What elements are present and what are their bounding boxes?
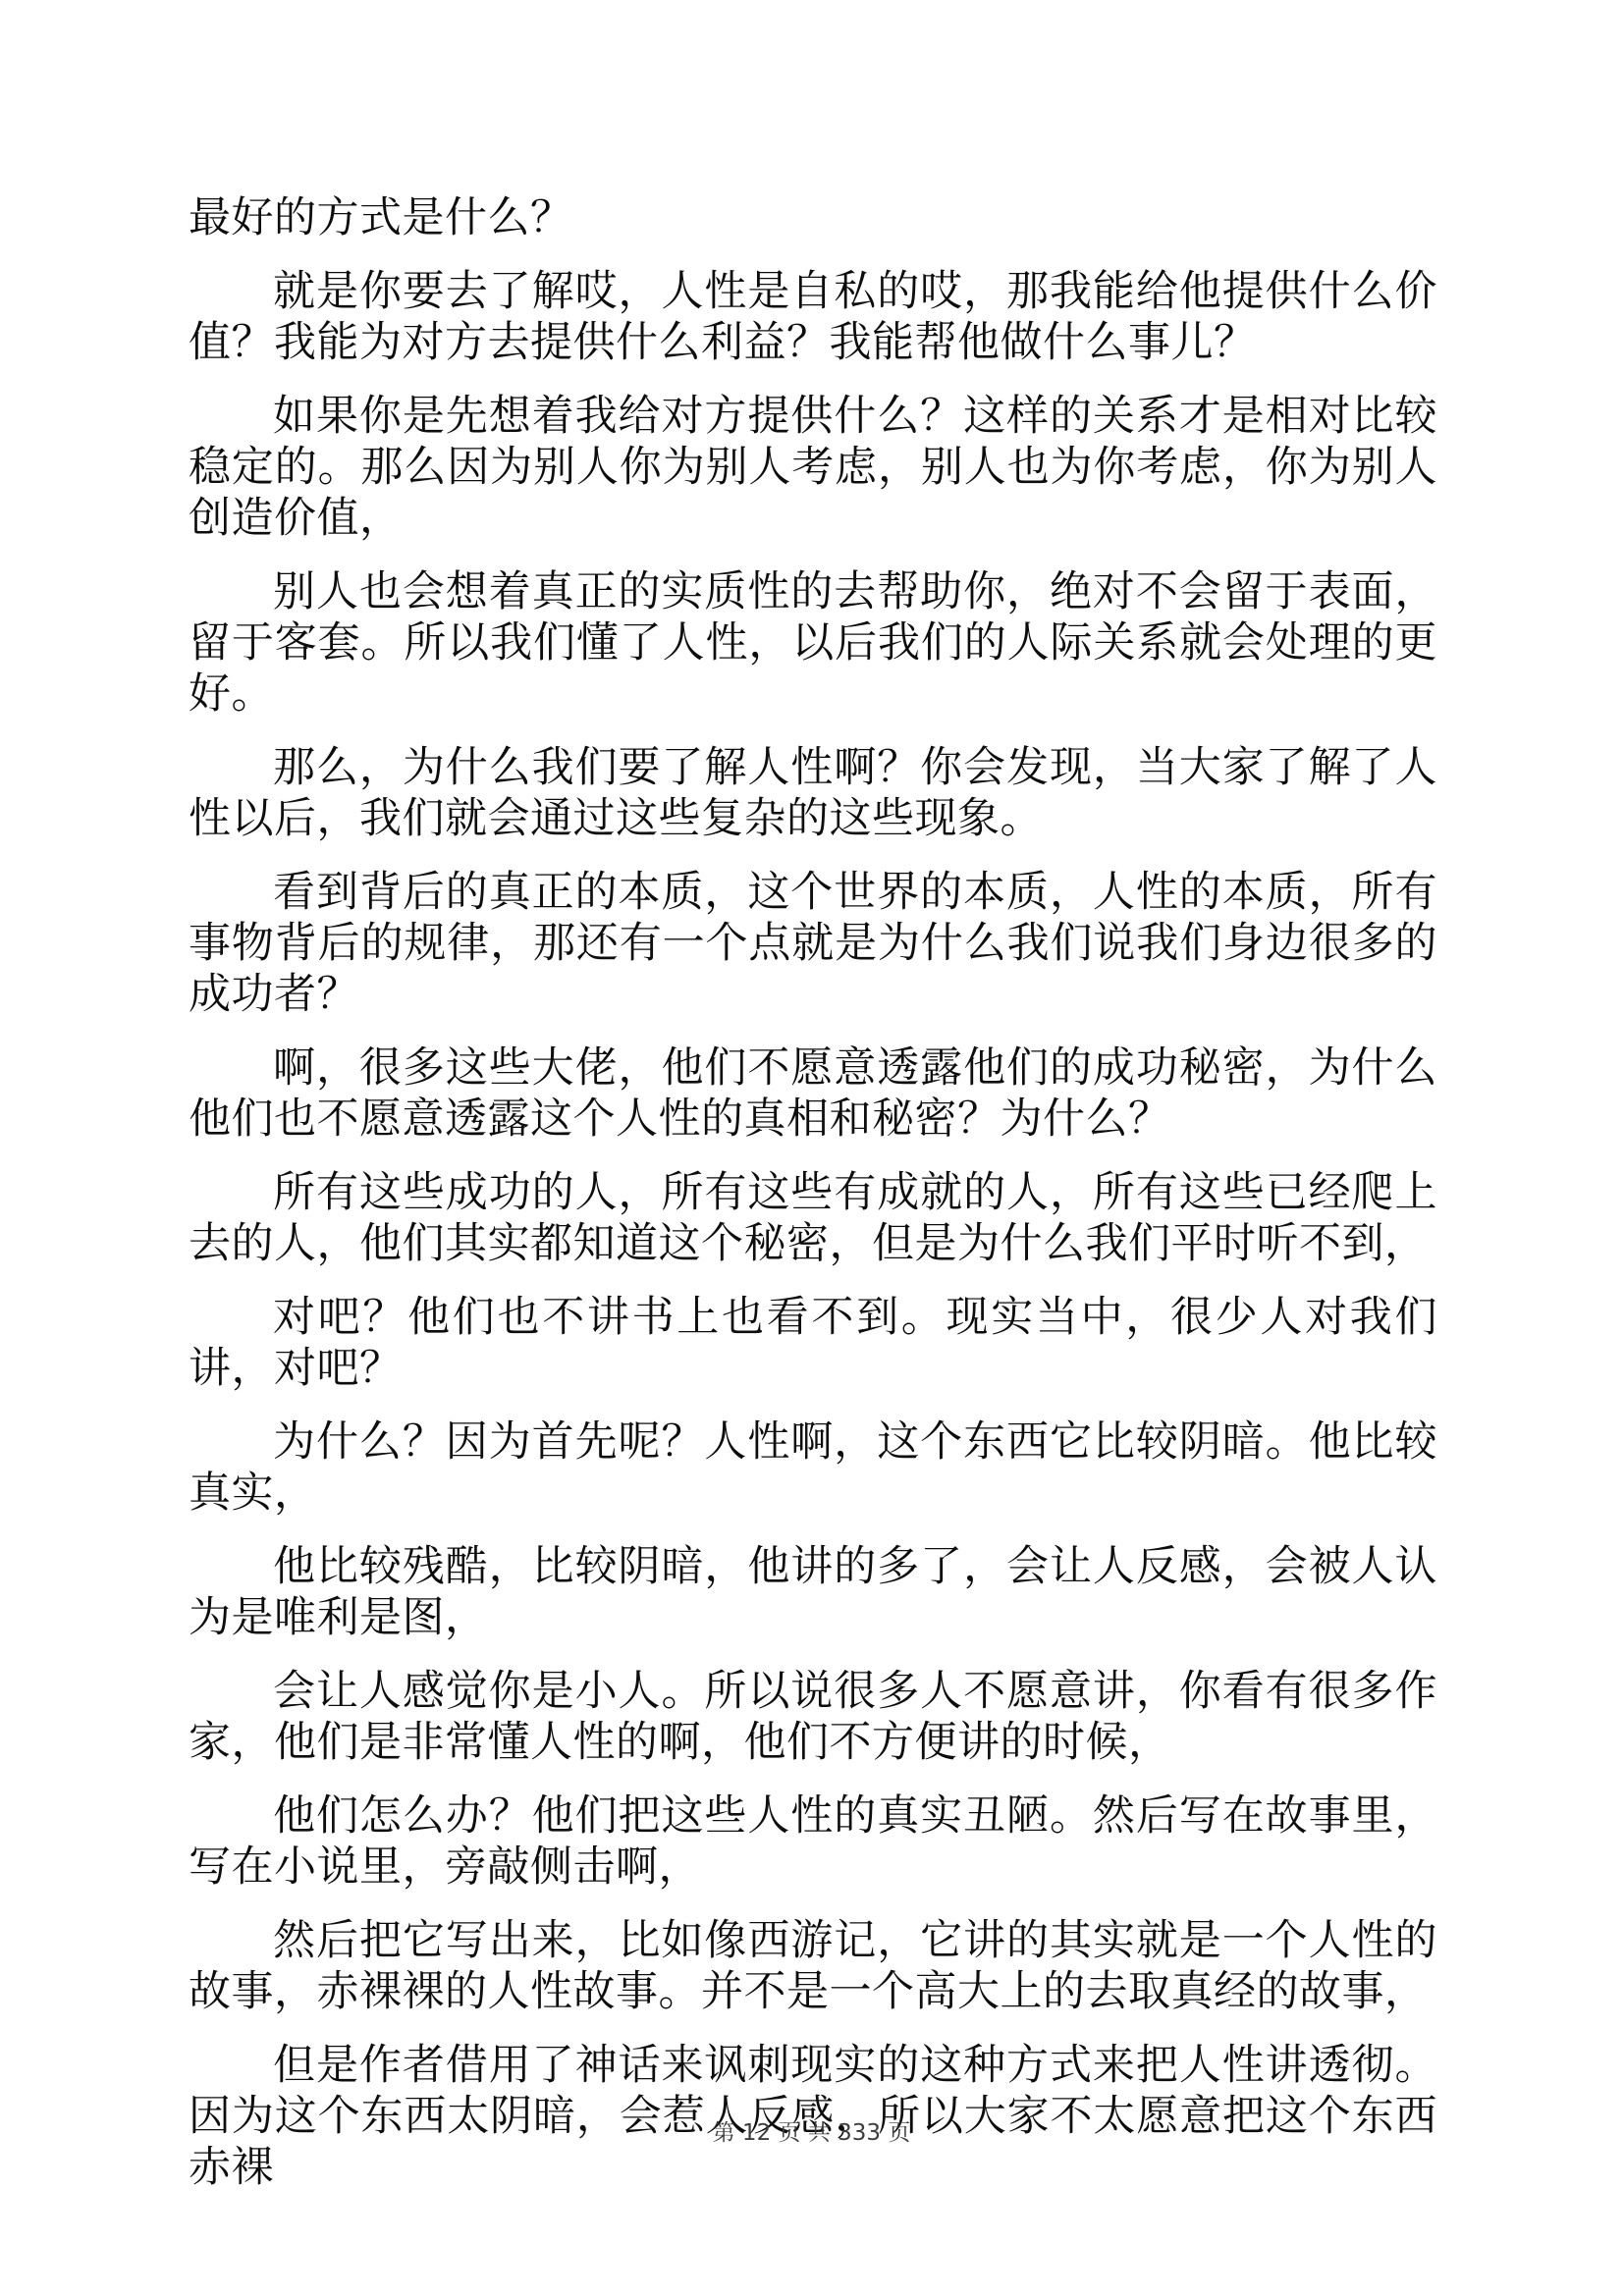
page-number: 第 12 页 共 333 页 [713, 2120, 911, 2146]
paragraph: 最好的方式是什么？ [189, 192, 1437, 243]
document-page: 最好的方式是什么？就是你要去了解哎，人性是自私的哎，那我能给他提供什么价值？我能… [0, 0, 1623, 2296]
paragraph: 如果你是先想着我给对方提供什么？这样的关系才是相对比较稳定的。那么因为别人你为别… [189, 391, 1437, 544]
paragraph: 那么，为什么我们要了解人性啊？你会发现，当大家了解了人性以后，我们就会通过这些复… [189, 742, 1437, 844]
paragraphs-container: 最好的方式是什么？就是你要去了解哎，人性是自私的哎，那我能给他提供什么价值？我能… [189, 192, 1437, 2216]
paragraph: 然后把它写出来，比如像西游记，它讲的其实就是一个人性的故事，赤裸裸的人性故事。并… [189, 1915, 1437, 2017]
paragraph: 看到背后的真正的本质，这个世界的本质，人性的本质，所有事物背后的规律，那还有一个… [189, 867, 1437, 1020]
paragraph: 但是作者借用了神话来讽刺现实的这种方式来把人性讲透彻。因为这个东西太阴暗，会惹人… [189, 2040, 1437, 2193]
paragraph: 就是你要去了解哎，人性是自私的哎，那我能给他提供什么价值？我能为对方去提供什么利… [189, 266, 1437, 368]
paragraph: 他比较残酷，比较阴暗，他讲的多了，会让人反感，会被人认为是唯利是图， [189, 1541, 1437, 1643]
paragraph: 啊，很多这些大佬，他们不愿意透露他们的成功秘密，为什么他们也不愿意透露这个人性的… [189, 1042, 1437, 1145]
paragraph: 他们怎么办？他们把这些人性的真实丑陋。然后写在故事里，写在小说里，旁敲侧击啊， [189, 1790, 1437, 1893]
page-footer: 第 12 页 共 333 页 [0, 2118, 1623, 2148]
paragraph: 所有这些成功的人，所有这些有成就的人，所有这些已经爬上去的人，他们其实都知道这个… [189, 1167, 1437, 1269]
paragraph: 别人也会想着真正的实质性的去帮助你，绝对不会留于表面，留于客套。所以我们懂了人性… [189, 566, 1437, 720]
paragraph: 为什么？因为首先呢？人性啊，这个东西它比较阴暗。他比较真实， [189, 1416, 1437, 1519]
paragraph: 对吧？他们也不讲书上也看不到。现实当中，很少人对我们讲，对吧？ [189, 1292, 1437, 1394]
paragraph: 会让人感觉你是小人。所以说很多人不愿意讲，你看有很多作家，他们是非常懂人性的啊，… [189, 1666, 1437, 1768]
